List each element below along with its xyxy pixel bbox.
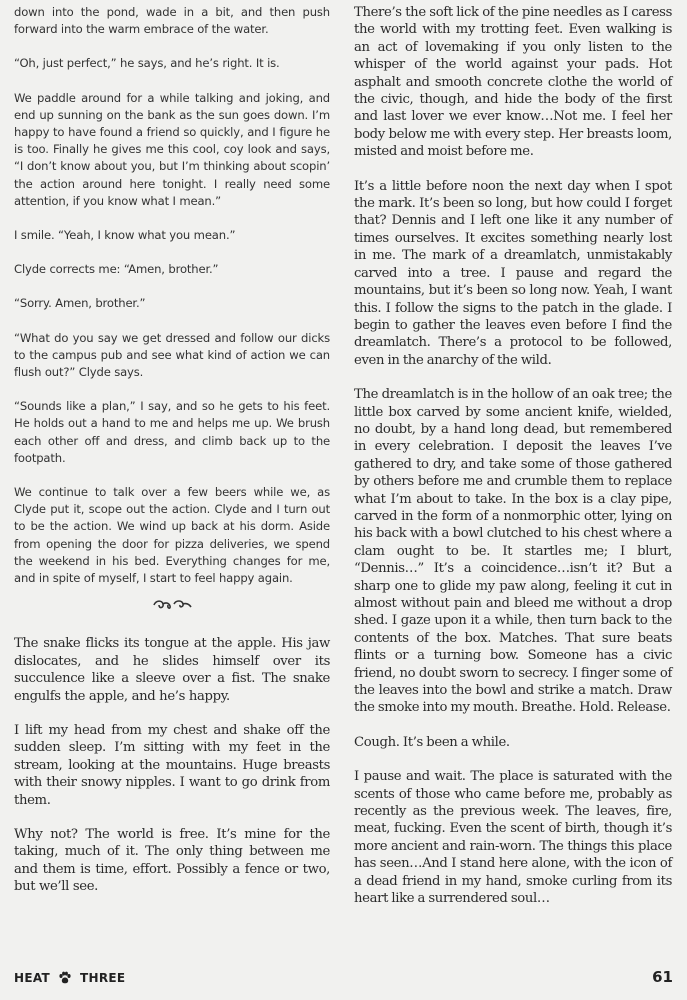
paragraph: We paddle around for a while talking and… xyxy=(14,90,330,210)
paragraph: Why not? The world is free. It’s mine fo… xyxy=(14,826,330,896)
paragraph: I smile. “Yeah, I know what you mean.” xyxy=(14,227,330,244)
paragraph: We continue to talk over a few beers whi… xyxy=(14,484,330,587)
paragraph: It’s a little before noon the next day w… xyxy=(354,178,672,369)
paragraph: There’s the soft lick of the pine needle… xyxy=(354,4,672,161)
footer-three-label: THREE xyxy=(80,971,125,985)
paw-print-icon xyxy=(58,971,72,985)
section-break-ornament-icon xyxy=(14,597,330,615)
paragraph: The dreamlatch is in the hollow of an oa… xyxy=(354,386,672,717)
paragraph: “What do you say we get dressed and foll… xyxy=(14,330,330,382)
running-footer: HEAT THREE xyxy=(14,971,125,985)
paragraph: down into the pond, wade in a bit, and t… xyxy=(14,4,330,38)
page-number: 61 xyxy=(652,968,673,986)
paragraph: “Sorry. Amen, brother.” xyxy=(14,295,330,312)
scroll-flourish-icon xyxy=(150,597,194,611)
paragraph: I lift my head from my chest and shake o… xyxy=(14,722,330,809)
paragraph: “Oh, just perfect,” he says, and he’s ri… xyxy=(14,55,330,72)
paragraph: The snake flicks its tongue at the apple… xyxy=(14,635,330,705)
right-column: There’s the soft lick of the pine needle… xyxy=(354,4,672,925)
footer-heat-label: HEAT xyxy=(14,971,50,985)
left-column: down into the pond, wade in a bit, and t… xyxy=(14,4,330,913)
paragraph: “Sounds like a plan,” I say, and so he g… xyxy=(14,398,330,467)
paragraph: I pause and wait. The place is saturated… xyxy=(354,768,672,907)
paragraph: Clyde corrects me: “Amen, brother.” xyxy=(14,261,330,278)
paragraph: Cough. It’s been a while. xyxy=(354,734,672,751)
